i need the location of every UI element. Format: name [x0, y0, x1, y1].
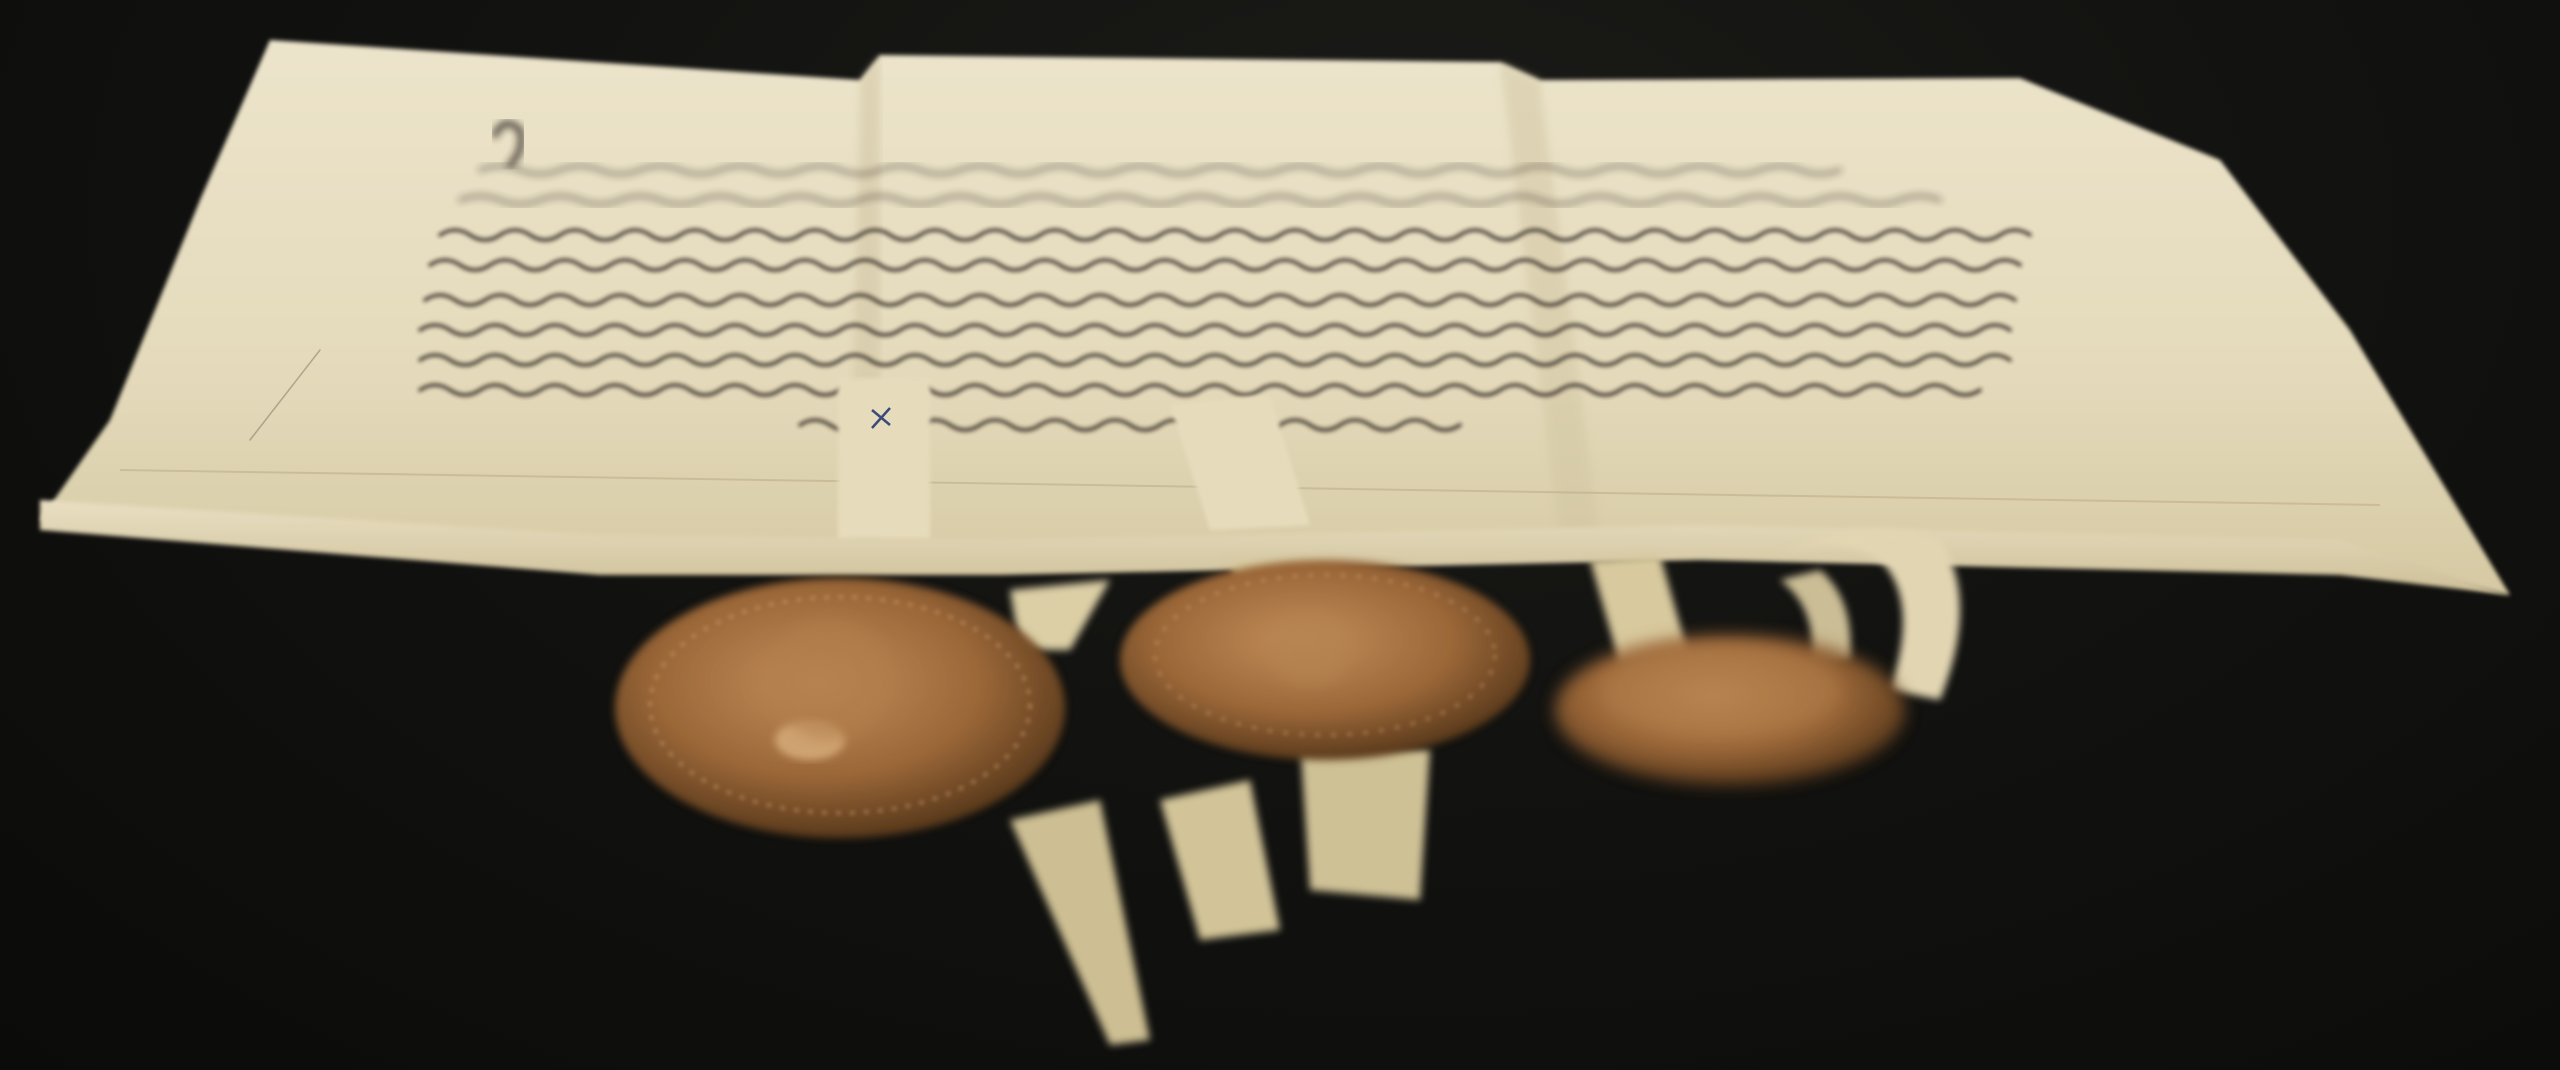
charter-illustration — [0, 0, 2560, 1070]
photo-scene: Medieval parchment charter with three ha… — [0, 0, 2560, 1070]
seal-strap-marked — [838, 378, 930, 538]
wax-seal-center — [1120, 560, 1530, 760]
wax-seal-right — [1555, 635, 1905, 785]
wax-seal-left — [615, 578, 1065, 838]
